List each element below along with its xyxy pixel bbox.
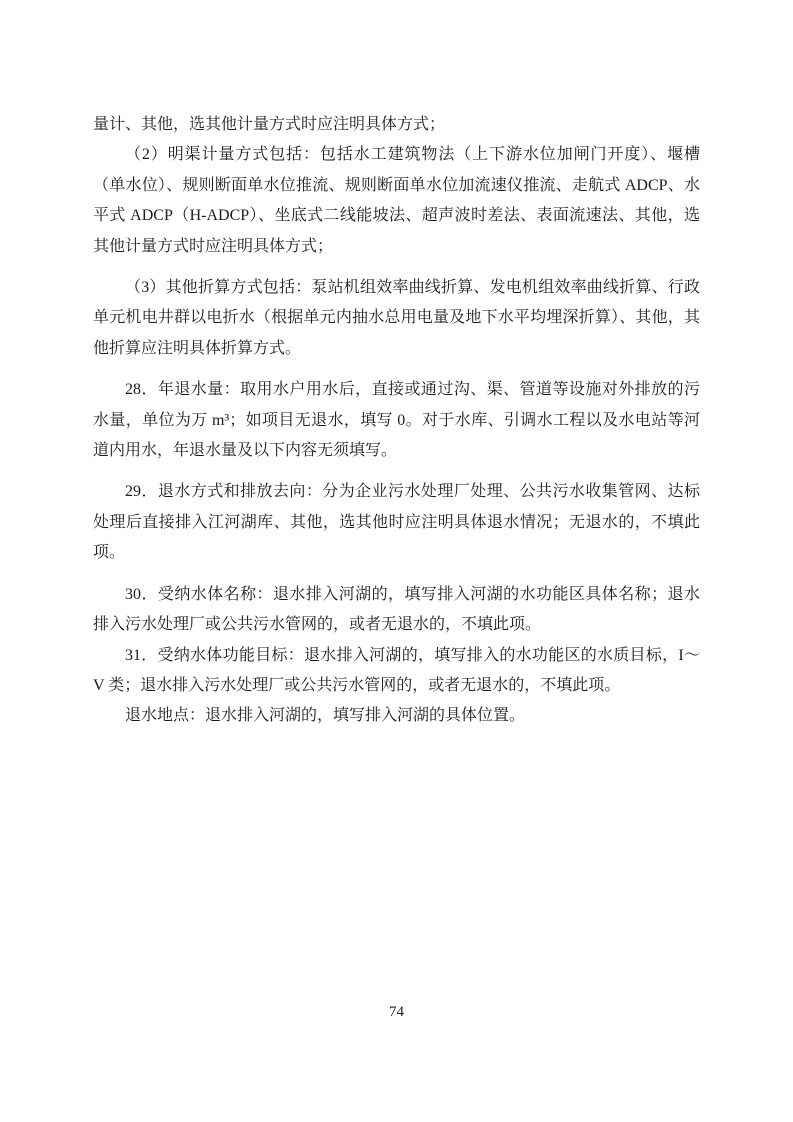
paragraph-note-28-annual-drainage: 28．年退水量：取用水户用水后，直接或通过沟、渠、管道等设施对外排放的污水量，单… <box>93 375 700 466</box>
paragraph-note-29-drainage-method: 29．退水方式和排放去向：分为企业污水处理厂处理、公共污水收集管网、达标处理后直… <box>93 477 700 568</box>
paragraph-continuation: 量计、其他，选其他计量方式时应注明具体方式； <box>93 110 700 140</box>
document-page: 量计、其他，选其他计量方式时应注明具体方式； （2）明渠计量方式包括：包括水工建… <box>0 0 793 1122</box>
paragraph-note-30-receiving-water-name: 30．受纳水体名称：退水排入河湖的，填写排入河湖的水功能区具体名称；退水排入污水… <box>93 580 700 641</box>
paragraph-note-31-receiving-water-target: 31．受纳水体功能目标：退水排入河湖的，填写排入的水功能区的水质目标，I～V 类… <box>93 641 700 702</box>
paragraph-item-3-other-conversion: （3）其他折算方式包括：泵站机组效率曲线折算、发电机组效率曲线折算、行政单元机电… <box>93 273 700 364</box>
paragraph-drainage-location: 退水地点：退水排入河湖的，填写排入河湖的具体位置。 <box>93 701 700 731</box>
paragraph-item-2-open-channel-measurement: （2）明渠计量方式包括：包括水工建筑物法（上下游水位加闸门开度）、堰槽（单水位）… <box>93 140 700 262</box>
text-block: 量计、其他，选其他计量方式时应注明具体方式； （2）明渠计量方式包括：包括水工建… <box>93 110 700 732</box>
page-number: 74 <box>0 1004 793 1021</box>
